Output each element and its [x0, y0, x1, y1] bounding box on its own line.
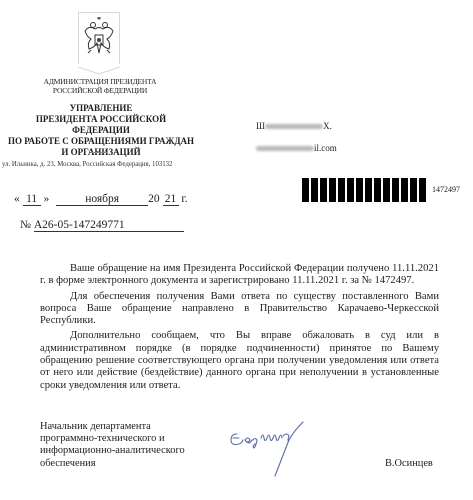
recipient-name-start: Ш	[256, 121, 265, 131]
coat-of-arms-icon	[78, 12, 120, 64]
redacted-email	[256, 146, 314, 151]
signatory-title: Начальник департамента программно-технич…	[40, 421, 185, 470]
recipient-name: ШХ.	[256, 121, 332, 131]
body-paragraph: Ваше обращение на имя Президента Российс…	[40, 263, 439, 288]
body-paragraph: Для обеспечения получения Вами ответа по…	[40, 291, 439, 328]
signatory-name: В.Осинцев	[385, 458, 433, 469]
date-year-prefix: 20	[148, 193, 160, 205]
signatory-title-line: Начальник департамента	[40, 421, 185, 433]
administration-line: РОССИЙСКОЙ ФЕДЕРАЦИИ	[20, 86, 180, 95]
barcode-number: 1472497	[432, 185, 460, 194]
letter-body: Ваше обращение на имя Президента Российс…	[40, 263, 439, 395]
date-year-abbr: г.	[181, 193, 187, 205]
department-line: ПО РАБОТЕ С ОБРАЩЕНИЯМИ ГРАЖДАН	[6, 136, 196, 147]
redacted-name	[265, 124, 323, 129]
body-paragraph: Дополнительно сообщаем, что Вы вправе об…	[40, 330, 439, 391]
administration-title: АДМИНИСТРАЦИЯ ПРЕЗИДЕНТА РОССИЙСКОЙ ФЕДЕ…	[20, 77, 180, 95]
quote-open: «	[14, 193, 20, 205]
reference-value: А26-05-147249771	[34, 219, 184, 232]
recipient-email-end: il.com	[314, 143, 337, 153]
date-month: ноября	[56, 193, 148, 206]
administration-line: АДМИНИСТРАЦИЯ ПРЕЗИДЕНТА	[20, 77, 180, 86]
recipient-email: il.com	[256, 143, 337, 153]
barcode	[302, 178, 426, 202]
document-date: « 11 » ноября20 21 г.	[14, 193, 188, 206]
quote-close: »	[44, 193, 50, 205]
recipient-name-end: Х.	[323, 121, 332, 131]
department-title: УПРАВЛЕНИЕ ПРЕЗИДЕНТА РОССИЙСКОЙ ФЕДЕРАЦ…	[6, 103, 196, 158]
date-day: 11	[23, 193, 41, 206]
department-line: УПРАВЛЕНИЕ	[6, 103, 196, 114]
signatory-title-line: информационно-аналитического	[40, 445, 185, 457]
sender-address: ул. Ильинка, д. 23, Москва, Российская Ф…	[2, 161, 202, 168]
emblem-frame-point	[78, 62, 120, 70]
reference-number: № А26-05-147249771	[20, 219, 184, 232]
reference-label: №	[20, 219, 31, 231]
date-year-suffix: 21	[163, 193, 179, 206]
signatory-title-line: обеспечения	[40, 458, 185, 470]
department-line: ПРЕЗИДЕНТА РОССИЙСКОЙ ФЕДЕРАЦИИ	[6, 114, 196, 136]
handwritten-signature-icon	[225, 420, 345, 478]
signatory-title-line: программно-технического и	[40, 433, 185, 445]
header-divider	[91, 152, 107, 153]
